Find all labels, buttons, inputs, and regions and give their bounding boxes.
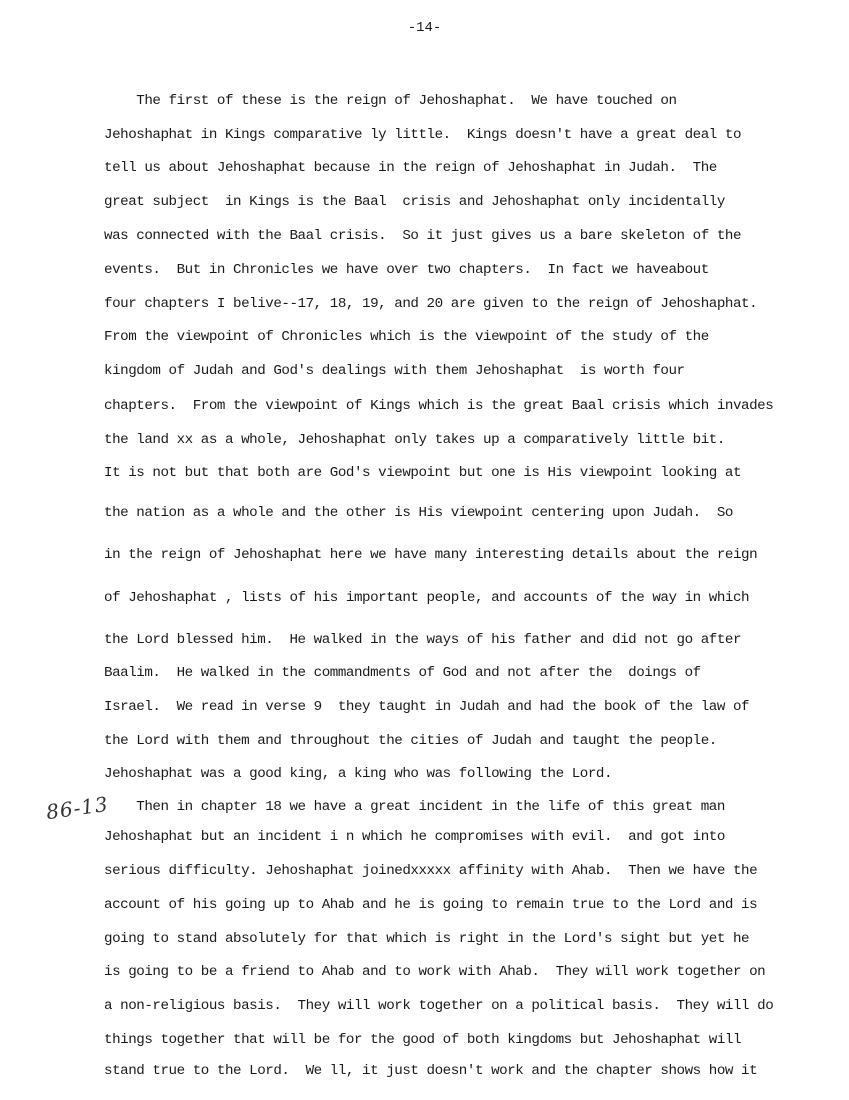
text-line: From the viewpoint of Chronicles which i… [104,329,709,345]
text-line: going to stand absolutely for that which… [104,931,749,947]
text-line: was connected with the Baal crisis. So i… [104,228,741,244]
text-line: events. But in Chronicles we have over t… [104,262,709,278]
text-line: account of his going up to Ahab and he i… [104,897,757,913]
handwritten-margin-annotation: 86-13 [45,792,110,824]
text-line: in the reign of Jehoshaphat here we have… [104,547,757,563]
text-line: stand true to the Lord. We ll, it just d… [104,1063,757,1079]
text-line: Israel. We read in verse 9 they taught i… [104,699,749,715]
text-line: things together that will be for the goo… [104,1032,741,1048]
text-line: the land xx as a whole, Jehoshaphat only… [104,432,725,448]
text-line: tell us about Jehoshaphat because in the… [104,160,717,176]
text-line: great subject in Kings is the Baal crisi… [104,194,725,210]
text-line: four chapters I belive--17, 18, 19, and … [104,296,757,312]
text-line: is going to be a friend to Ahab and to w… [104,964,765,980]
text-line: Jehoshaphat was a good king, a king who … [104,766,612,782]
text-line: Jehoshaphat in Kings comparative ly litt… [104,127,741,143]
text-line: Baalim. He walked in the commandments of… [104,665,701,681]
text-line: chapters. From the viewpoint of Kings wh… [104,398,773,414]
text-line: Jehoshaphat but an incident i n which he… [104,829,725,845]
text-line: of Jehoshaphat , lists of his important … [104,590,749,606]
text-line: a non-religious basis. They will work to… [104,998,773,1014]
text-line: the Lord blessed him. He walked in the w… [104,632,741,648]
text-line: Then in chapter 18 we have a great incid… [104,799,725,815]
text-line: the nation as a whole and the other is H… [104,505,733,521]
text-line: the Lord with them and throughout the ci… [104,733,717,749]
text-line: serious difficulty. Jehoshaphat joinedxx… [104,863,757,879]
text-line: kingdom of Judah and God's dealings with… [104,363,685,379]
text-line: The first of these is the reign of Jehos… [104,93,677,109]
page-number: -14- [0,20,849,36]
text-line: It is not but that both are God's viewpo… [104,465,741,481]
